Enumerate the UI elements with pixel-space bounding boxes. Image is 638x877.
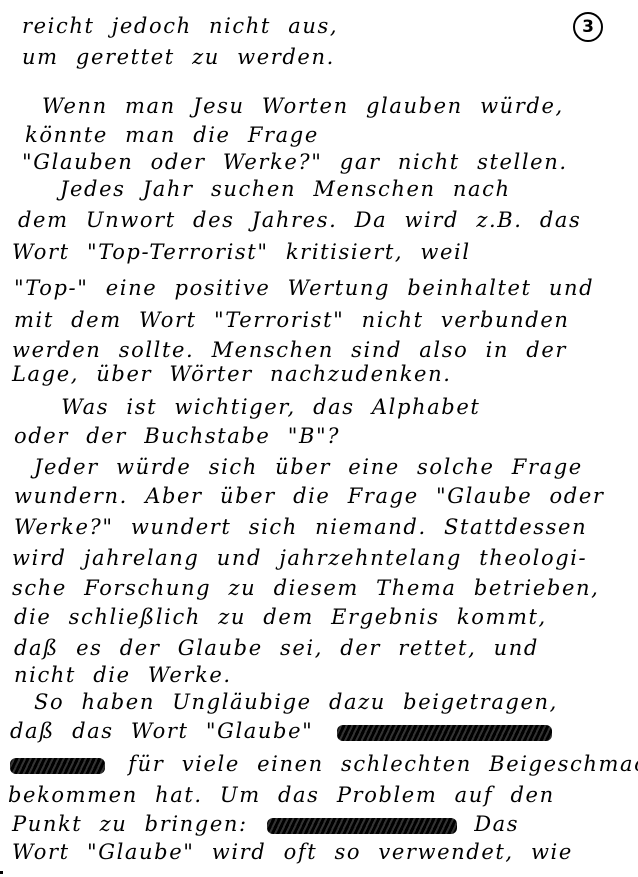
text-line-7: dem Unwort des Jahres. Da wird z.B. das bbox=[18, 208, 581, 232]
text-line-28: Wort "Glaube" wird oft so verwendet, wie bbox=[12, 840, 573, 864]
text-line-3: Wenn man Jesu Worten glauben würde, bbox=[42, 94, 564, 118]
text-line-19: sche Forschung zu diesem Thema betrieben… bbox=[12, 576, 599, 600]
text-line-16: wundern. Aber über die Frage "Glaube ode… bbox=[14, 484, 605, 508]
text-line-2: um gerettet zu werden. bbox=[22, 45, 335, 69]
text-line-13-content: Was ist wichtiger, das Alphabet bbox=[61, 395, 480, 419]
text-line-6: Jedes Jahr suchen Menschen nach bbox=[60, 177, 511, 201]
text-line-22: nicht die Werke. bbox=[14, 663, 232, 687]
text-line-8: Wort "Top-Terrorist" kritisiert, weil bbox=[12, 240, 471, 264]
text-line-20: die schließlich zu dem Ergebnis kommt, bbox=[14, 605, 547, 629]
text-line-25: für viele einen schlechten Beigeschmack bbox=[10, 752, 638, 776]
text-line-5: "Glauben oder Werke?" gar nicht stellen. bbox=[22, 150, 568, 174]
text-line-24: daß das Wort "Glaube" bbox=[10, 719, 552, 743]
text-line-9: "Top-" eine positive Wertung beinhaltet … bbox=[14, 276, 594, 300]
text-line-10: mit dem Wort "Terrorist" nicht verbunden bbox=[14, 308, 570, 332]
text-line-13: Was ist wichtiger, das Alphabet bbox=[44, 395, 480, 419]
text-line-24-content: daß das Wort "Glaube" bbox=[10, 719, 313, 743]
text-line-4: könnte man die Frage bbox=[25, 123, 319, 147]
scribbled-out-text bbox=[10, 758, 105, 774]
scan-speck bbox=[0, 871, 3, 874]
handwritten-page: 3 reicht jedoch nicht aus, um gerettet z… bbox=[0, 0, 638, 877]
text-line-1: reicht jedoch nicht aus, bbox=[22, 14, 338, 38]
text-line-26: bekommen hat. Um das Problem auf den bbox=[8, 783, 555, 807]
text-line-27-content: Punkt zu bringen: bbox=[12, 812, 248, 836]
text-line-27-end: Das bbox=[474, 812, 519, 836]
text-line-17: Werke?" wundert sich niemand. Stattdesse… bbox=[14, 515, 587, 539]
scribbled-out-text bbox=[267, 818, 457, 834]
text-line-23: So haben Ungläubige dazu beigetragen, bbox=[34, 690, 558, 714]
text-line-15: Jeder würde sich über eine solche Frage bbox=[34, 455, 583, 479]
page-number-circle: 3 bbox=[573, 12, 603, 42]
scribbled-out-text bbox=[337, 725, 552, 741]
text-line-27: Punkt zu bringen: Das bbox=[12, 812, 519, 836]
text-line-18: wird jahrelang und jahrzehntelang theolo… bbox=[12, 546, 587, 570]
text-line-11: werden sollte. Menschen sind also in der bbox=[12, 338, 567, 362]
text-line-12: Lage, über Wörter nachzudenken. bbox=[12, 362, 452, 386]
text-line-25-content: für viele einen schlechten Beigeschmack bbox=[128, 752, 638, 776]
text-line-14: oder der Buchstabe "B"? bbox=[14, 424, 340, 448]
text-line-21: daß es der Glaube sei, der rettet, und bbox=[14, 636, 539, 660]
